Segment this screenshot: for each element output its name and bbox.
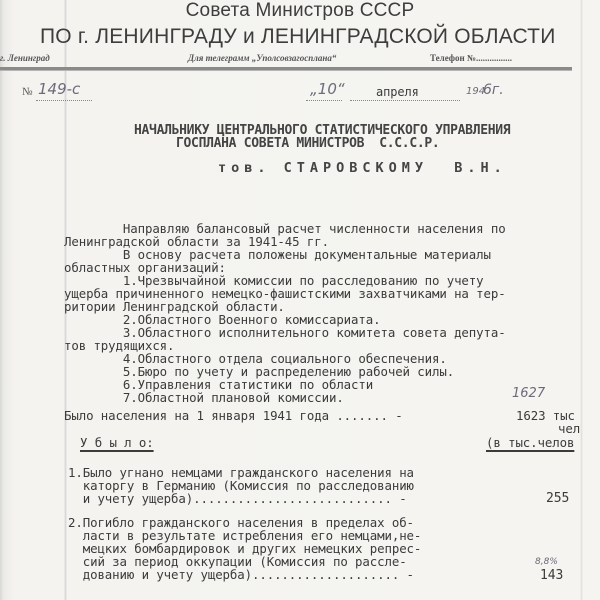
addressee-person: тов. СТАРОВСКОМУ В.Н. — [218, 162, 507, 175]
loss-item-killed: 2.Погибло гражданского населения в преде… — [68, 516, 421, 581]
letterhead-city: г. Ленинград — [0, 53, 50, 63]
loss-item-line: и учету ущерба).........................… — [68, 492, 414, 505]
date-year-suffix: 6г. — [483, 82, 504, 98]
letterhead-phone: Телефон №................ — [430, 53, 512, 63]
population-unit: чел — [558, 422, 580, 435]
day-field-line — [306, 100, 342, 101]
loss-item-line: дованию и учету ущерба).................… — [68, 568, 421, 581]
loss-item-deported: 1.Было угнано немцами гражданского насел… — [68, 466, 414, 505]
handwritten-note-percent: 8,8% — [535, 557, 558, 567]
letterhead-telegram: Для телеграмм „Уполсовзагосплана“ — [188, 53, 336, 63]
handwritten-note-population: 1627 — [512, 386, 545, 401]
fold-line-right — [580, 0, 583, 600]
letterhead-title: Совета Министров СССР — [0, 0, 600, 22]
document-number: 149-с — [38, 80, 80, 98]
body-text: Направляю балансовый расчет численности … — [64, 222, 506, 404]
date-month: апреля — [376, 86, 419, 99]
loss-item-deported-value: 255 — [546, 492, 569, 505]
loss-item-killed-value: 143 — [540, 569, 563, 582]
number-field-line — [36, 100, 92, 101]
document-page: Совета Министров СССР ПО г. ЛЕНИНГРАДУ и… — [0, 0, 600, 600]
month-field-line — [350, 100, 460, 101]
letterhead-rule — [0, 67, 572, 71]
addressee-line-2: ГОСПЛАНА СОВЕТА МИНИСТРОВ С.С.С.Р. — [176, 137, 439, 150]
decrease-heading: У б ы л о: — [80, 436, 154, 449]
decrease-units: (в тыс.челов — [486, 436, 574, 449]
body-line: 7.Областной плановой комиссии. — [64, 391, 506, 404]
letterhead-subtitle: ПО г. ЛЕНИНГРАДУ и ЛЕНИНГРАДСКОЙ ОБЛАСТИ — [40, 25, 556, 49]
number-label: № — [22, 86, 33, 98]
population-label: Было населения на 1 января 1941 года ...… — [64, 409, 403, 422]
date-day: „10“ — [310, 80, 345, 98]
